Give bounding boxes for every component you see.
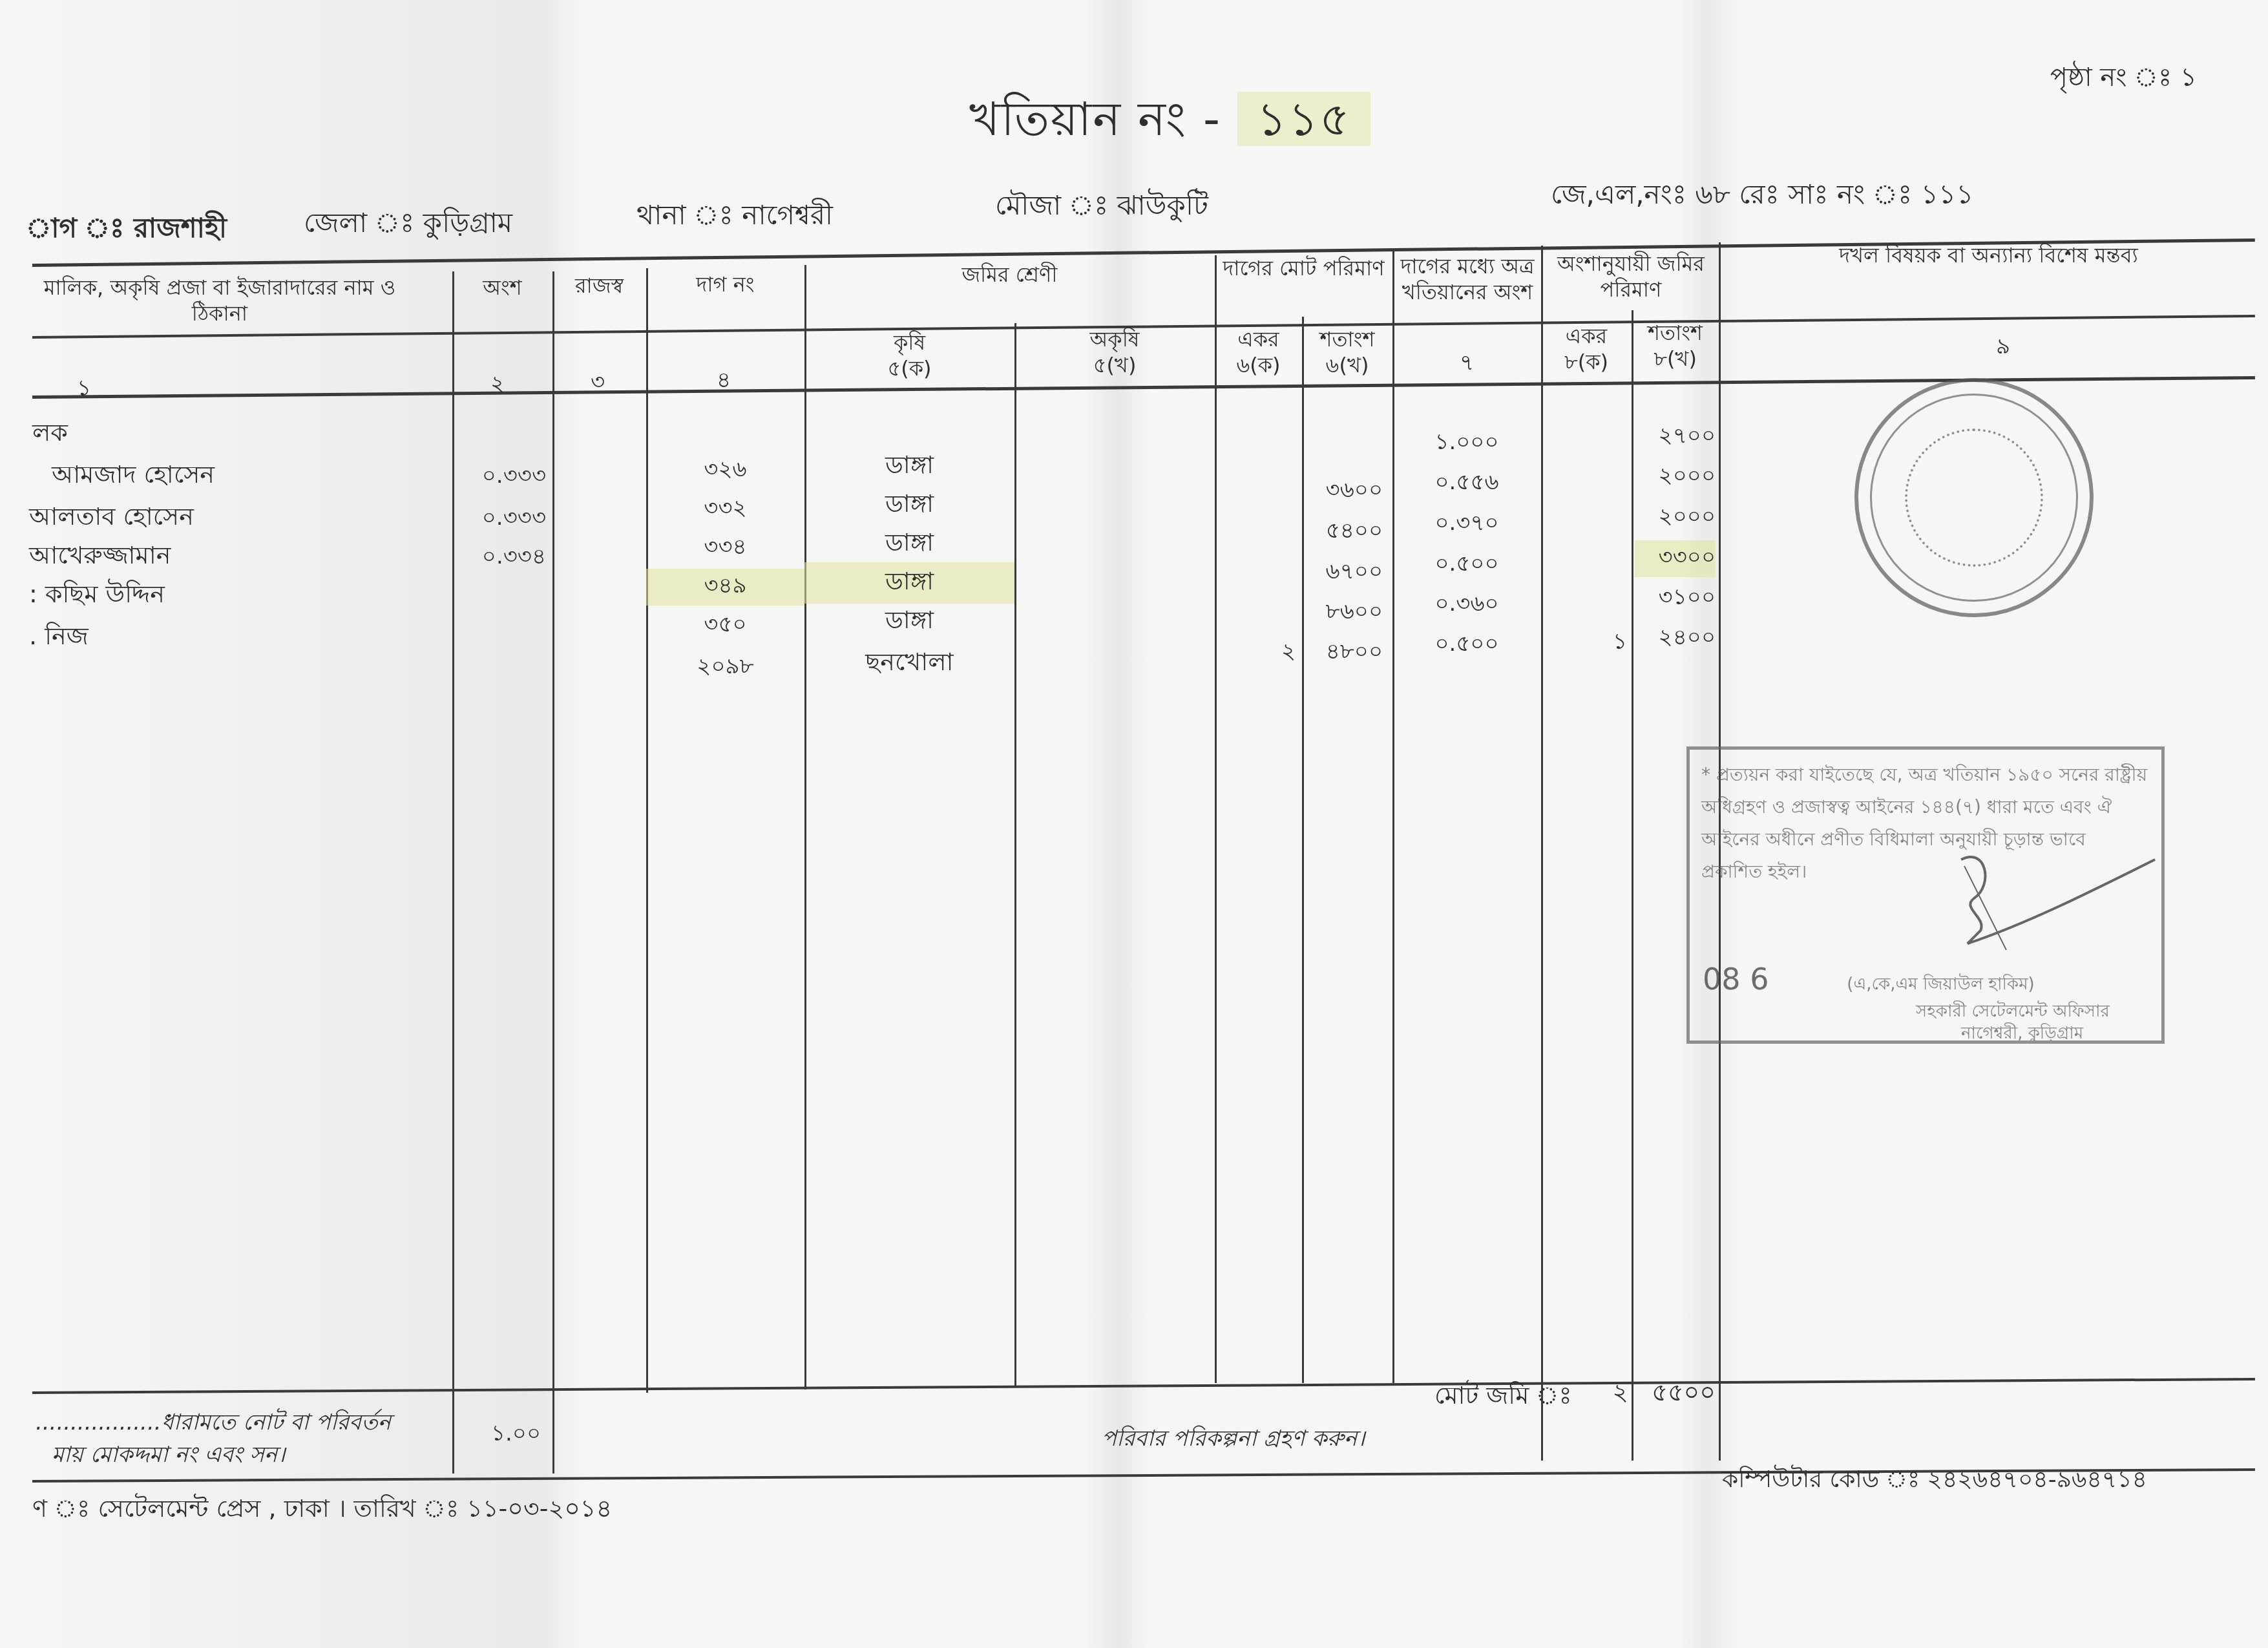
mouza: মৌজা ঃ ঝাউকুটি [995,184,1208,230]
header-acre-6-number: ৬(ক) [1215,352,1302,378]
office-seal [1854,378,2094,617]
jl-registry-number: জে,এল,নংঃ ৬৮ রেঃ সাঃ নং ঃ ১১১ [1551,173,1974,219]
header-agri-label: কৃষি [804,330,1014,355]
owner-share: ০.৩৩৪ [456,540,546,576]
certificate-footer: 08 6 (এ,কে,এম জিয়াউল হাকিম) সহকারী সেটে… [1703,963,2110,1044]
header-share-land: অংশানুযায়ী জমির পরিমাণ [1544,251,1717,302]
dag-share: ০.৫০০ [1396,627,1538,664]
header-agri-number: ৫(ক) [804,355,1014,381]
land-class: ডাঙ্গা [804,523,1014,565]
header-share: অংশ [452,275,552,301]
col-number-9: ৯ [1984,330,2022,366]
header-decimal-6-number: ৬(খ) [1302,352,1392,378]
owner-name: আখেরুজ্জামান [29,536,171,578]
share-decimal: ২৪০০ [1635,620,1716,657]
header-dag-no: দাগ নং [646,271,804,297]
dag-number: ৩৪৯ [646,569,804,606]
dag-share: ০.৩৭০ [1396,506,1538,543]
land-class: ডাঙ্গা [804,562,1014,604]
dag-share: ০.৩৬০ [1396,587,1538,624]
col-divider [1632,310,1633,1461]
header-acre-8-label: একর [1541,323,1632,349]
header-decimal-8: শতাংশ ৮(খ) [1632,320,1719,372]
district: জেলা ঃ কুড়িগ্রাম [304,202,512,248]
header-non-agri: অকৃষি ৫(খ) [1014,326,1215,378]
dag-number: ৩৩৪ [646,530,804,567]
owner-name: আলতাব হোসেন [29,498,194,539]
computer-code: কম্পিউটার কোড ঃ ২৪২৬৪৭০৪-৯৬৪৭১৪ [1722,1462,2147,1501]
certification-box: * প্রত্যয়ন করা যাইতেছে যে, অত্র খতিয়ান… [1686,746,2165,1044]
owner-name: : কছিম উদ্দিন [29,575,165,617]
officer-office: সহকারী সেটেলমেন্ট অফিসার [1916,1000,2110,1022]
col-divider [1014,323,1016,1386]
division: াগ ঃ রাজশাহী [26,207,227,253]
header-decimal-6-label: শতাংশ [1302,326,1392,352]
dag-total-decimal: ৪৮০০ [1305,635,1383,671]
share-decimal: ২৭০০ [1635,419,1716,456]
col-divider [1541,246,1543,1461]
document-title: খতিয়ান নং - ১১৫ [969,84,1370,162]
owner-name: . নিজ [29,617,89,659]
header-land-class: জমির শ্রেণী [804,262,1215,288]
dag-total-decimal: ৩৬০০ [1305,473,1383,510]
col-number-1: ১ [65,372,103,408]
header-acre-8-number: ৮(ক) [1541,349,1632,375]
header-non-agri-number: ৫(খ) [1014,352,1215,378]
header-remarks: দখল বিষয়ক বা অন্যান্য বিশেষ মন্তব্য [1722,242,2255,268]
header-decimal-8-number: ৮(খ) [1632,346,1719,372]
dag-total-acre: ২ [1215,635,1296,671]
page-number: পৃষ্ঠা নং ঃ ১ [2050,57,2197,100]
col-number-3: ৩ [578,365,617,402]
dag-number: ৩২৬ [646,452,804,489]
col-divider [1215,255,1217,1383]
note-line-1: ..................ধারামতে নোট বা পরিবর্ত… [36,1406,391,1442]
header-acre-6: একর ৬(ক) [1215,326,1302,378]
owner-share: ০.৩৩৩ [456,501,546,538]
header-decimal-6: শতাংশ ৬(খ) [1302,326,1392,378]
signature [1948,847,2161,950]
share-acre: ১ [1544,625,1627,662]
family-planning-slogan: পরিবার পরিকল্পনা গ্রহণ করুন। [1102,1422,1365,1459]
share-total: ১.০০ [491,1417,541,1453]
col-divider [552,271,554,1474]
total-decimal: ৫৫০০ [1638,1373,1716,1415]
share-decimal: ২০০০ [1635,459,1716,496]
share-decimal: ২০০০ [1635,500,1716,536]
share-decimal: ৩৩০০ [1635,540,1716,577]
header-decimal-8-label: শতাংশ [1632,320,1719,346]
dag-number: ২০৯৮ [646,650,804,686]
dag-share: ০.৫৫৬ [1396,465,1538,502]
dag-total-decimal: ৬৭০০ [1305,555,1383,591]
header-dag-total: দাগের মোট পরিমাণ [1215,255,1392,281]
col-number-7: ৭ [1447,346,1486,383]
dag-total-decimal: ৮৬০০ [1305,595,1383,631]
land-class: ডাঙ্গা [804,485,1014,526]
col-number-4: ৪ [704,363,743,400]
col-divider [1392,249,1394,1383]
press-and-date: ণ ঃ সেটেলমেন্ট প্রেস , ঢাকা । তারিখ ঃ ১১… [32,1490,612,1531]
note-line-2: মায় মোকদ্দমা নং এবং সন। [52,1438,285,1475]
thana: থানা ঃ নাগেশ্বরী [636,194,833,240]
khatian-document: পৃষ্ঠা নং ঃ ১ খতিয়ান নং - ১১৫ াগ ঃ রাজশ… [0,0,2268,1648]
land-class: ডাঙ্গা [804,446,1014,487]
khatian-number: ১১৫ [1237,92,1370,146]
header-agri: কৃষি ৫(ক) [804,330,1014,381]
share-decimal: ৩১০০ [1635,580,1716,617]
dag-number: ৩৩২ [646,491,804,528]
dag-share: ০.৫০০ [1396,547,1538,584]
total-acre: ২ [1596,1373,1628,1415]
col-divider [1302,317,1304,1383]
title-prefix: খতিয়ান নং - [969,92,1221,146]
col-divider [452,271,454,1474]
total-land-label: মোট জমি ঃ [1434,1377,1572,1418]
body-bottom-rule [32,1378,2255,1394]
header-revenue: রাজস্ব [552,273,646,299]
col-number-2: ২ [478,367,517,404]
dag-number: ৩৫০ [646,607,804,644]
owner-name: আমজাদ হোসেন [52,456,215,497]
owner-label: লক [32,414,68,455]
land-class: ছনখোলা [804,643,1014,684]
header-acre-6-label: একর [1215,326,1302,352]
officer-name: (এ,কে,এম জিয়াউল হাকিম) [1847,975,2035,994]
header-acre-8: একর ৮(ক) [1541,323,1632,375]
col-divider [804,265,806,1389]
owner-share: ০.৩৩৩ [456,459,546,496]
col-divider [646,268,648,1393]
land-class: ডাঙ্গা [804,601,1014,642]
handwritten-date: 08 6 [1703,962,1769,997]
header-non-agri-label: অকৃষি [1014,326,1215,352]
header-dag-share: দাগের মধ্যে অত্র খতিয়ানের অংশ [1396,253,1539,305]
officer-place: নাগেশ্বরী, কুড়িগ্রাম [1961,1022,2110,1044]
dag-share: ১.০০০ [1396,425,1538,462]
dag-total-decimal: ৫৪০০ [1305,514,1383,551]
header-owner: মালিক, অকৃষি প্রজা বা ইজারাদারের নাম ও ঠ… [39,275,401,326]
